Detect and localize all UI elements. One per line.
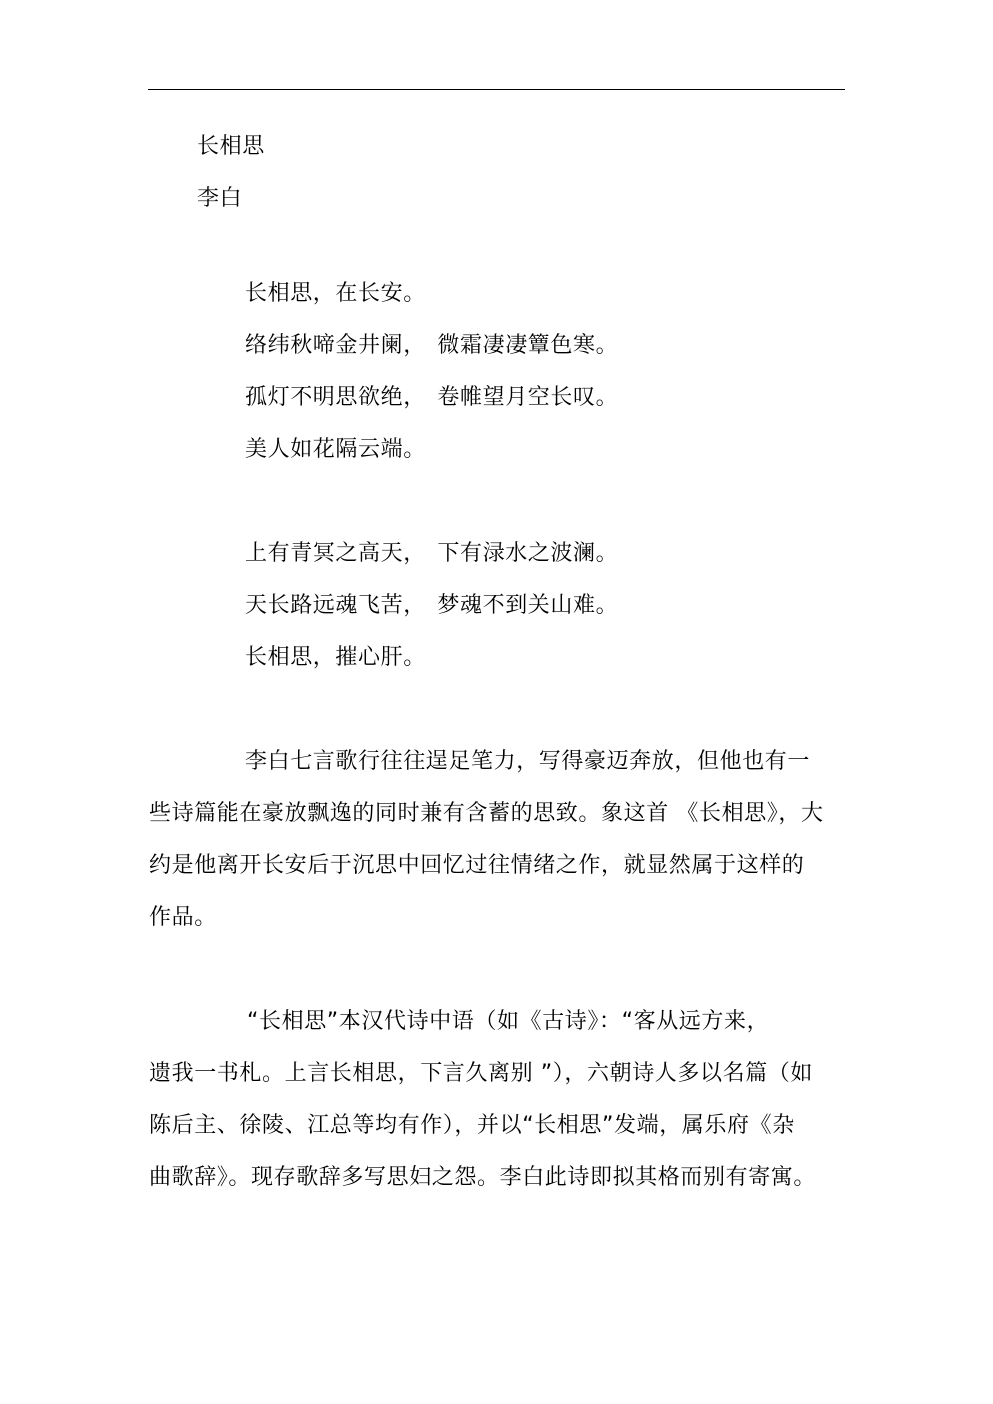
paragraph-line: 曲歌辞》。现存歌辞多写思妇之怨。李白此诗即拟其格而别有寄寓。	[149, 1165, 816, 1191]
paragraph-line: “长相思”本汉代诗中语（如《古诗》：“客从远方来，	[247, 1009, 769, 1035]
paragraph-line: 陈后主、徐陵、江总等均有作），并以“长相思”发端，属乐府《杂	[149, 1113, 795, 1139]
poem-line: 络纬秋啼金井阑， 微霜凄凄簟色寒。	[245, 333, 618, 359]
poem-line: 长相思，摧心肝。	[245, 645, 426, 671]
paragraph-line: 作品。	[149, 905, 217, 931]
poem-line: 长相思，在长安。	[245, 281, 426, 307]
paragraph-line: 些诗篇能在豪放飘逸的同时兼有含蓄的思致。象这首 《长相思》，大	[149, 801, 824, 827]
poem-line: 上有青冥之高天， 下有渌水之波澜。	[245, 541, 618, 567]
poem-title: 长相思	[197, 134, 265, 160]
paragraph-line: 李白七言歌行往往逞足笔力，写得豪迈奔放，但他也有一	[245, 749, 810, 775]
poem-line: 美人如花隔云端。	[245, 437, 426, 463]
poem-line: 天长路远魂飞苦， 梦魂不到关山难。	[245, 593, 618, 619]
paragraph-line: 遗我一书札。上言长相思，下言久离别 ”），六朝诗人多以名篇（如	[149, 1061, 813, 1087]
poem-line: 孤灯不明思欲绝， 卷帷望月空长叹。	[245, 385, 618, 411]
poem-author: 李白	[197, 186, 242, 212]
paragraph-line: 约是他离开长安后于沉思中回忆过往情绪之作，就显然属于这样的	[149, 853, 804, 879]
header-rule	[148, 89, 845, 90]
